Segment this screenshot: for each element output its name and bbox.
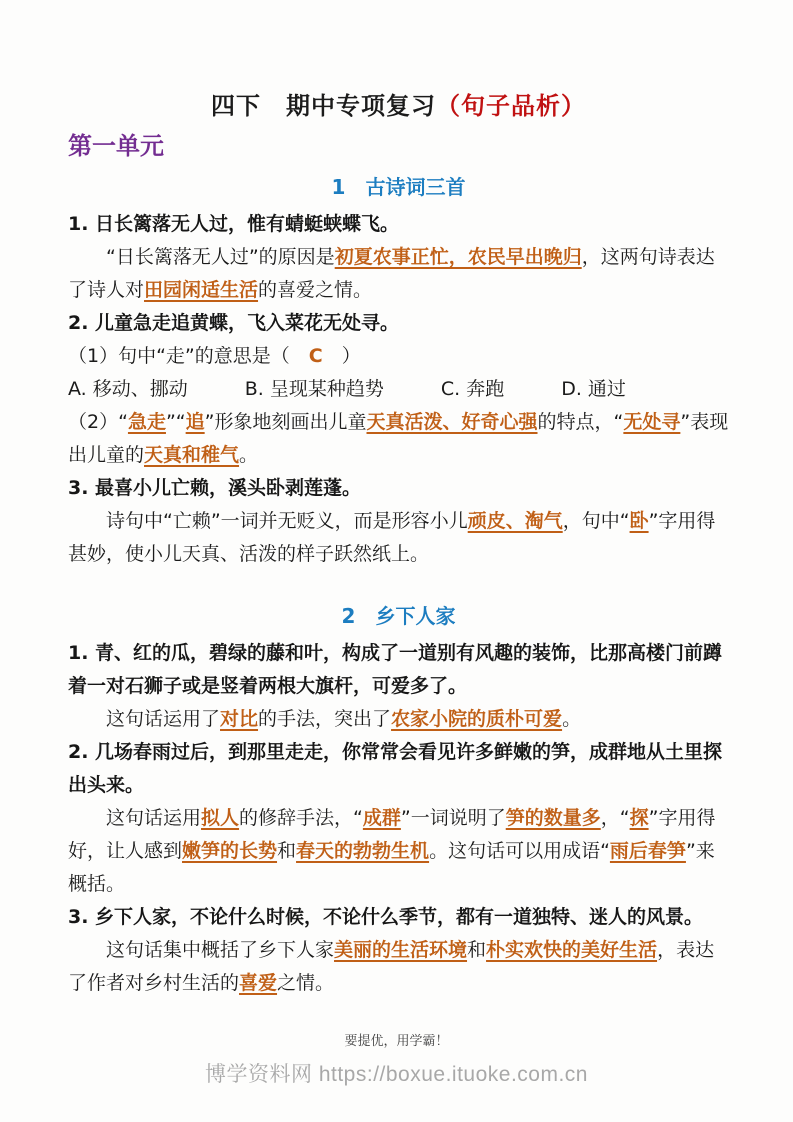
lesson2-item2-analysis: 这句话运用拟人的修辞手法，“成群”一词说明了笋的数量多，“探”字用得好，让人感到… — [68, 802, 729, 901]
text-segment: ） — [323, 345, 361, 367]
unit-1-heading: 第一单元 — [68, 128, 729, 164]
text-segment: 1 古诗词三首 — [332, 175, 466, 199]
highlight-segment: 嫩笋的长势 — [182, 840, 277, 862]
highlight-segment: 田园闲适生活 — [144, 279, 258, 301]
highlight-segment: 初夏农事正忙，农民早出晚归 — [335, 246, 582, 268]
lesson-1-heading: 1 古诗词三首 — [68, 172, 729, 202]
lesson1-item3-analysis: 诗句中“亡赖”一词并无贬义，而是形容小儿顽皮、淘气，句中“卧”字用得甚妙，使小儿… — [68, 505, 729, 571]
text-segment: “日长篱落无人过”的原因是 — [106, 246, 335, 268]
highlight-segment: 美丽的生活环境 — [334, 939, 467, 961]
highlight-segment: 喜爱 — [239, 972, 277, 994]
text-segment: 。 — [562, 708, 581, 730]
text-segment: 诗句中“亡赖”一词并无贬义，而是形容小儿 — [106, 510, 468, 532]
highlight-segment: 追 — [186, 411, 205, 433]
text-segment: ”一词说明了 — [401, 807, 506, 829]
text-segment: 2. 儿童急走追黄蝶，飞入菜花无处寻。 — [68, 312, 399, 334]
lesson1-item1-sentence: 1. 日长篱落无人过，惟有蜻蜓蛱蝶飞。 — [68, 208, 729, 241]
text-segment: 和 — [467, 939, 486, 961]
lesson2-item1-analysis: 这句话运用了对比的手法，突出了农家小院的质朴可爱。 — [68, 703, 729, 736]
text-segment: 的手法，突出了 — [258, 708, 391, 730]
text-segment: 和 — [277, 840, 296, 862]
document-page: 四下 期中专项复习（句子品析）第一单元1 古诗词三首1. 日长篱落无人过，惟有蜻… — [0, 0, 793, 1122]
footer-slogan: 要提优，用学霸！ — [0, 1030, 793, 1049]
text-segment: 这句话运用了 — [106, 708, 220, 730]
text-segment: 。这句话可以用成语“ — [429, 840, 610, 862]
text-segment: 第一单元 — [68, 132, 164, 160]
highlight-segment: 探 — [630, 807, 649, 829]
text-segment: 四下 期中专项复习 — [211, 92, 436, 120]
page-footer: 要提优，用学霸！ 博学资料网 https://boxue.ituoke.com.… — [0, 1030, 793, 1088]
doc-title: 四下 期中专项复习（句子品析） — [68, 88, 729, 124]
section-gap — [68, 571, 729, 593]
highlight-segment: 天真和稚气 — [144, 444, 239, 466]
highlight-segment: 朴实欢快的美好生活 — [486, 939, 657, 961]
text-segment: A. 移动、挪动 B. 呈现某种趋势 C. 奔跑 D. 通过 — [68, 378, 626, 400]
lesson1-item2-q2: （2）“急走”“追”形象地刻画出儿童天真活泼、好奇心强的特点，“无处寻”表现出儿… — [68, 406, 729, 472]
highlight-segment: 无处寻 — [623, 411, 680, 433]
lesson2-item2-sentence: 2. 几场春雨过后，到那里走走，你常常会看见许多鲜嫩的笋，成群地从土里探出头来。 — [68, 736, 729, 802]
highlight-segment: 对比 — [220, 708, 258, 730]
text-segment: （句子品析） — [436, 92, 586, 120]
text-segment: （1）句中“走”的意思是（ — [68, 345, 309, 367]
lesson1-item3-sentence: 3. 最喜小儿亡赖，溪头卧剥莲蓬。 — [68, 472, 729, 505]
footer-site-watermark: 博学资料网 https://boxue.ituoke.com.cn — [0, 1058, 793, 1088]
text-segment: ，句中“ — [563, 510, 630, 532]
text-segment: 的喜爱之情。 — [258, 279, 372, 301]
highlight-segment: 成群 — [363, 807, 401, 829]
highlight-segment: 顽皮、淘气 — [468, 510, 563, 532]
lesson2-item3-analysis: 这句话集中概括了乡下人家美丽的生活环境和朴实欢快的美好生活，表达了作者对乡村生活… — [68, 934, 729, 1000]
text-segment: 这句话运用 — [106, 807, 201, 829]
text-segment: 2 乡下人家 — [342, 604, 456, 628]
lesson-2-heading: 2 乡下人家 — [68, 601, 729, 631]
highlight-segment: 急走 — [128, 411, 166, 433]
highlight-segment: 农家小院的质朴可爱 — [391, 708, 562, 730]
lesson1-item2-sentence: 2. 儿童急走追黄蝶，飞入菜花无处寻。 — [68, 307, 729, 340]
text-segment: （2）“ — [68, 411, 128, 433]
text-segment: 之情。 — [277, 972, 334, 994]
text-segment: ”“ — [166, 411, 186, 433]
text-segment: 这句话集中概括了乡下人家 — [106, 939, 334, 961]
lesson1-item2-options: A. 移动、挪动 B. 呈现某种趋势 C. 奔跑 D. 通过 — [68, 373, 729, 406]
highlight-segment: 拟人 — [201, 807, 239, 829]
highlight-segment: 天真活泼、好奇心强 — [367, 411, 538, 433]
text-segment: 3. 乡下人家，不论什么时候，不论什么季节，都有一道独特、迷人的风景。 — [68, 906, 703, 928]
lesson2-item1-sentence: 1. 青、红的瓜，碧绿的藤和叶，构成了一道别有风趣的装饰，比那高楼门前蹲着一对石… — [68, 637, 729, 703]
lesson2-item3-sentence: 3. 乡下人家，不论什么时候，不论什么季节，都有一道独特、迷人的风景。 — [68, 901, 729, 934]
document-blocks: 四下 期中专项复习（句子品析）第一单元1 古诗词三首1. 日长篱落无人过，惟有蜻… — [68, 88, 729, 1000]
highlight-segment: 雨后春笋 — [610, 840, 686, 862]
text-segment: ”形象地刻画出儿童 — [205, 411, 367, 433]
text-segment: 1. 日长篱落无人过，惟有蜻蜓蛱蝶飞。 — [68, 213, 399, 235]
text-segment: 。 — [239, 444, 258, 466]
text-segment: 3. 最喜小儿亡赖，溪头卧剥莲蓬。 — [68, 477, 361, 499]
lesson1-item1-analysis: “日长篱落无人过”的原因是初夏农事正忙，农民早出晚归，这两句诗表达了诗人对田园闲… — [68, 241, 729, 307]
text-segment: 2. 几场春雨过后，到那里走走，你常常会看见许多鲜嫩的笋，成群地从土里探出头来。 — [68, 741, 722, 796]
text-segment: ，“ — [601, 807, 630, 829]
text-segment: 1. 青、红的瓜，碧绿的藤和叶，构成了一道别有风趣的装饰，比那高楼门前蹲着一对石… — [68, 642, 722, 697]
highlight-segment: 卧 — [630, 510, 649, 532]
highlight-segment: C — [309, 345, 323, 367]
highlight-segment: 笋的数量多 — [506, 807, 601, 829]
text-segment: 的修辞手法，“ — [239, 807, 363, 829]
lesson1-item2-q1: （1）句中“走”的意思是（ C ） — [68, 340, 729, 373]
highlight-segment: 春天的勃勃生机 — [296, 840, 429, 862]
text-segment: 的特点，“ — [538, 411, 624, 433]
